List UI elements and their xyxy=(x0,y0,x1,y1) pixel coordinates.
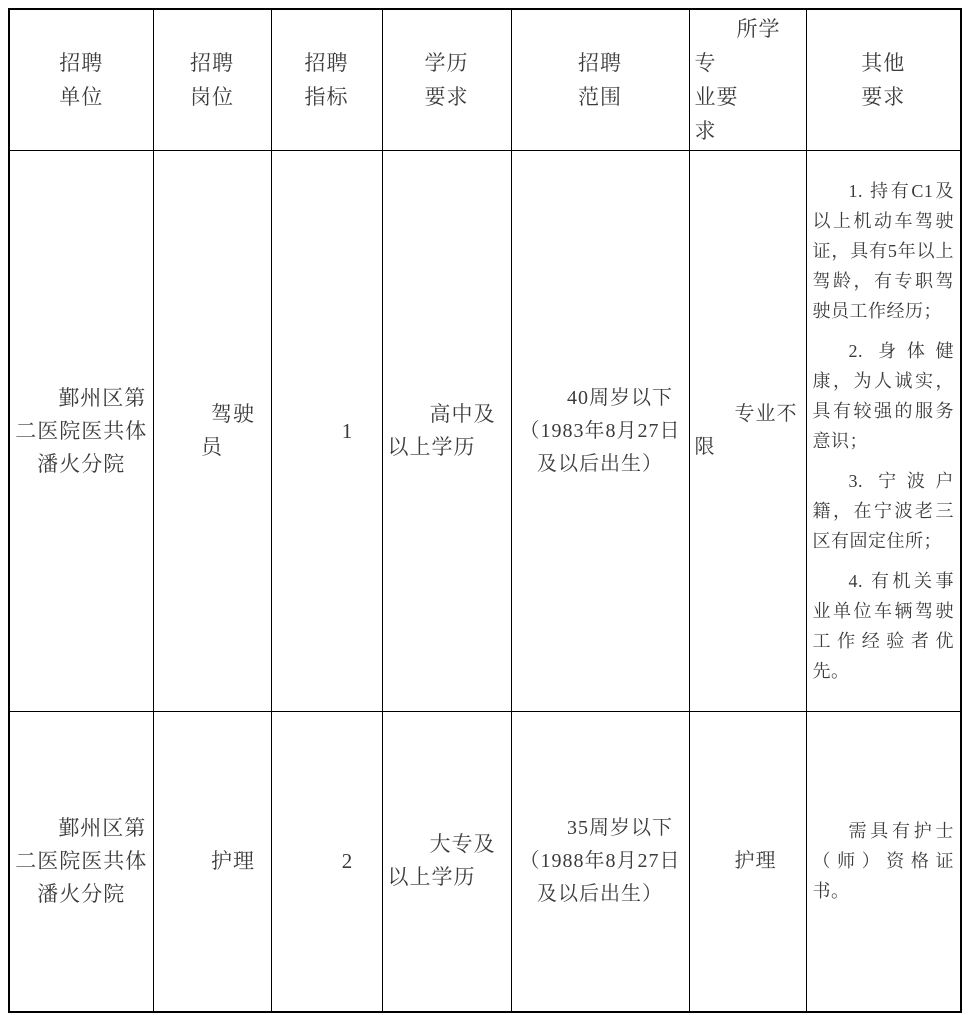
cell-scope: 35周岁以下 （1988年8月27日 及以后出生） xyxy=(511,712,689,1012)
cell-unit: 鄞州区第 二医院医共体 潘火分院 xyxy=(9,712,153,1012)
header-cell-position: 招聘 岗位 xyxy=(153,9,271,151)
cell-other-requirements: 1. 持有C1及以上机动车驾驶证，具有5年以上驾龄，有专职驾驶员工作经历； 2.… xyxy=(806,151,961,712)
header-label-position: 招聘 岗位 xyxy=(159,46,266,114)
requirement-paragraph: 4. 有机关事业单位车辆驾驶工作经验者优先。 xyxy=(813,566,955,686)
header-label-other-requirements: 其他 要求 xyxy=(812,46,956,114)
header-cell-other-requirements: 其他 要求 xyxy=(806,9,961,151)
table-header-row: 招聘 单位 招聘 岗位 招聘 指标 学历 要求 招聘 范围 所学 专 业要 求 … xyxy=(9,9,961,151)
header-label-major: 所学 专 业要 求 xyxy=(695,12,801,148)
cell-quota: 1 xyxy=(271,151,382,712)
cell-major: 护理 xyxy=(689,712,806,1012)
unit-text: 鄞州区第 二医院医共体 潘火分院 xyxy=(15,812,148,911)
header-cell-major: 所学 专 业要 求 xyxy=(689,9,806,151)
major-text: 专业不限 xyxy=(695,398,801,464)
position-text: 护理 xyxy=(159,845,266,878)
major-text: 护理 xyxy=(695,845,801,878)
header-label-unit: 招聘 单位 xyxy=(15,46,148,114)
header-label-quota: 招聘 指标 xyxy=(277,46,377,114)
education-text: 大专及 以上学历 xyxy=(388,828,506,894)
recruitment-table: 招聘 单位 招聘 岗位 招聘 指标 学历 要求 招聘 范围 所学 专 业要 求 … xyxy=(8,8,962,1013)
cell-education: 高中及 以上学历 xyxy=(382,151,511,712)
unit-text: 鄞州区第 二医院医共体 潘火分院 xyxy=(15,382,148,481)
quota-value: 1 xyxy=(277,415,377,448)
table-row-driver: 鄞州区第 二医院医共体 潘火分院 驾驶员 1 高中及 以上学历 40周岁以下 （… xyxy=(9,151,961,712)
requirement-paragraph: 1. 持有C1及以上机动车驾驶证，具有5年以上驾龄，有专职驾驶员工作经历； xyxy=(813,176,955,326)
requirement-paragraph: 2. 身体健康，为人诚实，具有较强的服务意识； xyxy=(813,336,955,456)
position-text: 驾驶员 xyxy=(159,398,266,464)
quota-value: 2 xyxy=(277,845,377,878)
requirement-paragraph: 需具有护士（师）资格证书。 xyxy=(813,816,955,906)
education-text: 高中及 以上学历 xyxy=(388,398,506,464)
header-label-scope: 招聘 范围 xyxy=(517,46,684,114)
cell-unit: 鄞州区第 二医院医共体 潘火分院 xyxy=(9,151,153,712)
header-cell-quota: 招聘 指标 xyxy=(271,9,382,151)
header-cell-education: 学历 要求 xyxy=(382,9,511,151)
cell-position: 护理 xyxy=(153,712,271,1012)
header-cell-unit: 招聘 单位 xyxy=(9,9,153,151)
header-cell-scope: 招聘 范围 xyxy=(511,9,689,151)
scope-text: 35周岁以下 （1988年8月27日 及以后出生） xyxy=(517,812,684,911)
cell-other-requirements: 需具有护士（师）资格证书。 xyxy=(806,712,961,1012)
cell-position: 驾驶员 xyxy=(153,151,271,712)
cell-quota: 2 xyxy=(271,712,382,1012)
scope-text: 40周岁以下 （1983年8月27日 及以后出生） xyxy=(517,382,684,481)
cell-scope: 40周岁以下 （1983年8月27日 及以后出生） xyxy=(511,151,689,712)
table-row-nurse: 鄞州区第 二医院医共体 潘火分院 护理 2 大专及 以上学历 35周岁以下 （1… xyxy=(9,712,961,1012)
cell-education: 大专及 以上学历 xyxy=(382,712,511,1012)
cell-major: 专业不限 xyxy=(689,151,806,712)
header-label-education: 学历 要求 xyxy=(388,46,506,114)
requirement-paragraph: 3. 宁波户籍，在宁波老三区有固定住所； xyxy=(813,466,955,556)
